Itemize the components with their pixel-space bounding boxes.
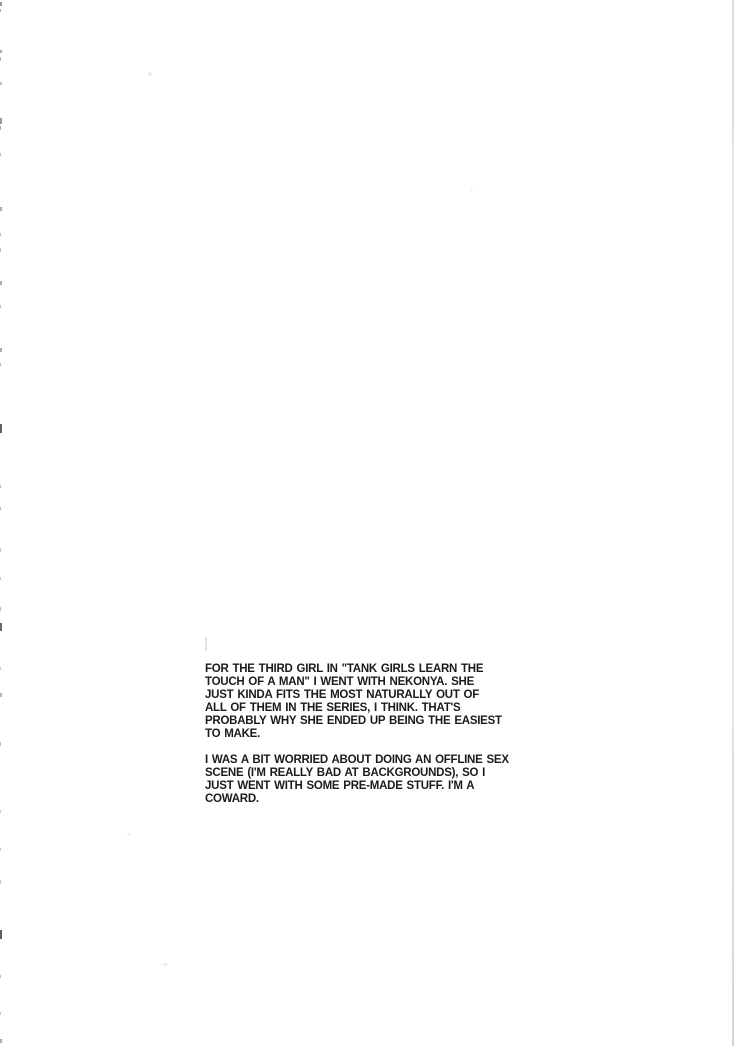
scan-speck: [0, 153, 1, 156]
scanned-page: FOR THE THIRD GIRL IN "TANK GIRLS LEARN …: [0, 0, 736, 1046]
afterword-line: JUST WENT WITH SOME PRE-MADE STUFF. I'M …: [205, 780, 550, 793]
scan-speck: [0, 810, 1, 813]
afterword-line: ALL OF THEM IN THE SERIES, I THINK. THAT…: [205, 702, 550, 715]
scan-speck: [0, 667, 1, 670]
scan-speck: [0, 548, 1, 552]
faint-scan-speck: [470, 189, 473, 191]
scan-speck: [0, 9, 1, 12]
scan-speck: [0, 880, 1, 884]
afterword-line: I WAS A BIT WORRIED ABOUT DOING AN OFFLI…: [205, 754, 550, 767]
scan-speck: [0, 975, 1, 978]
afterword-line: TOUCH OF A MAN" I WENT WITH NEKONYA. SHE: [205, 676, 550, 689]
scan-speck: [0, 126, 1, 130]
scan-speck: [0, 305, 1, 308]
faint-scan-speck: [127, 833, 130, 836]
scan-speck: [0, 485, 1, 488]
scan-speck: [0, 507, 1, 510]
scan-speck: [0, 742, 1, 746]
scan-speck: [0, 607, 1, 611]
afterword-line: JUST KINDA FITS THE MOST NATURALLY OUT O…: [205, 689, 550, 702]
scan-speck: [0, 118, 2, 124]
scan-speck: [0, 2, 2, 6]
scan-speck: [0, 930, 2, 939]
scan-speck: [0, 577, 1, 580]
scan-speck: [0, 57, 1, 61]
scan-speck: [0, 1012, 1, 1015]
scan-speck: [0, 693, 2, 697]
afterword-text-block: FOR THE THIRD GIRL IN "TANK GIRLS LEARN …: [205, 663, 550, 806]
scan-speck: [0, 424, 2, 433]
afterword-line: SCENE (I'M REALLY BAD AT BACKGROUNDS), S…: [205, 767, 550, 780]
scan-speck: [0, 348, 2, 352]
scan-speck: [0, 623, 2, 631]
scan-speck: [0, 1039, 2, 1043]
faint-scan-speck: [163, 963, 168, 966]
faint-scan-speck: [148, 72, 152, 76]
scan-speck: [0, 82, 2, 85]
scan-speck: [0, 50, 2, 53]
scan-speck: [0, 281, 2, 285]
afterword-line: COWARD.: [205, 793, 550, 806]
faint-scan-tick: [205, 637, 207, 651]
page-edge-scan-line: [732, 0, 734, 1046]
scan-speck: [0, 248, 1, 252]
afterword-line: PROBABLY WHY SHE ENDED UP BEING THE EASI…: [205, 715, 550, 728]
afterword-line: FOR THE THIRD GIRL IN "TANK GIRLS LEARN …: [205, 663, 550, 676]
afterword-line: TO MAKE.: [205, 728, 550, 741]
scan-speck: [0, 848, 1, 851]
scan-speck: [0, 363, 1, 366]
scan-speck: [0, 207, 2, 211]
scan-speck: [0, 233, 1, 236]
